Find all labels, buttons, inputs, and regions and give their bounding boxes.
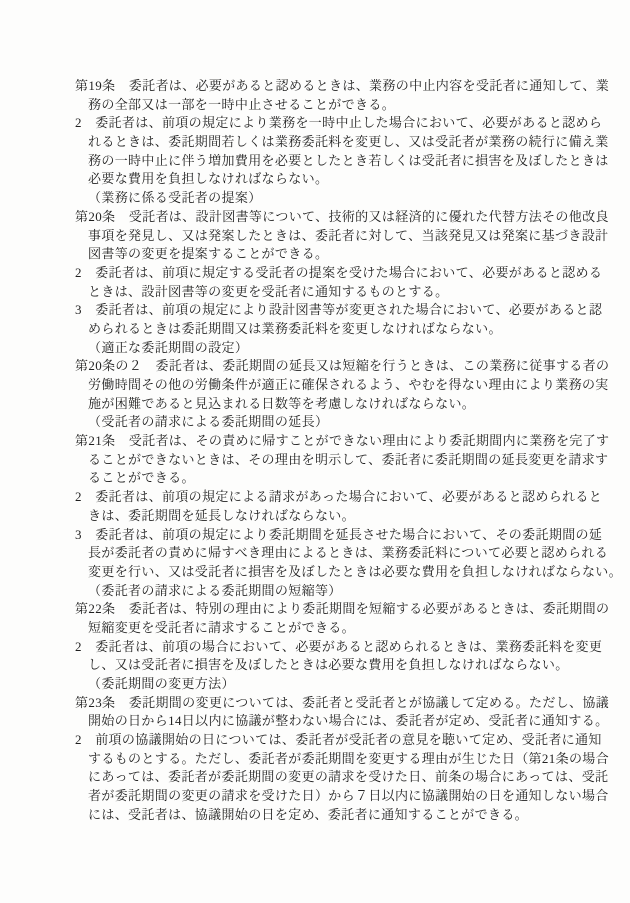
text-line: ることができる。 bbox=[75, 469, 573, 488]
text-line: 2 委託者は、前項に規定する受託者の提案を受けた場合において、必要があると認める bbox=[75, 264, 573, 283]
text-line: ることができないときは、その理由を明示して、委託者に委託期間の延長変更を請求す bbox=[75, 451, 573, 470]
text-line: 第21条 受託者は、その責めに帰すことができない理由により委託期間内に業務を完了… bbox=[75, 432, 573, 451]
text-line: 2 委託者は、前項の場合において、必要があると認められるときは、業務委託料を変更 bbox=[75, 638, 573, 657]
text-line: 第22条 委託者は、特別の理由により委託期間を短縮する必要があるときは、委託期間… bbox=[75, 600, 573, 619]
text-line: し、又は受託者に損害を及ぼしたときは必要な費用を負担しなければならない。 bbox=[75, 656, 573, 675]
text-line: （委託者の請求による委託期間の短縮等） bbox=[75, 582, 573, 601]
text-line: （適正な委託期間の設定） bbox=[75, 339, 573, 358]
text-line: 3 委託者は、前項の規定により委託期間を延長させた場合において、その委託期間の延 bbox=[75, 526, 573, 545]
text-line: 長が委託者の責めに帰すべき理由によるときは、業務委託料について必要と認められる bbox=[75, 544, 573, 563]
text-line: 第19条 委託者は、必要があると認めるときは、業務の中止内容を受託者に通知して、… bbox=[75, 77, 573, 96]
text-line: 施が困難であると見込まれる日数等を考慮しなければならない。 bbox=[75, 395, 573, 414]
text-line: ときは、設計図書等の変更を受託者に通知するものとする。 bbox=[75, 283, 573, 302]
document-page: 第19条 委託者は、必要があると認めるときは、業務の中止内容を受託者に通知して、… bbox=[0, 0, 630, 903]
text-line: 必要な費用を負担しなければならない。 bbox=[75, 170, 573, 189]
text-line: 図書等の変更を提案することができる。 bbox=[75, 245, 573, 264]
document-lines: 第19条 委託者は、必要があると認めるときは、業務の中止内容を受託者に通知して、… bbox=[75, 77, 573, 825]
text-line: 2 委託者は、前項の規定により業務を一時中止した場合において、必要があると認めら bbox=[75, 114, 573, 133]
text-line: には、受託者は、協議開始の日を定め、委託者に通知することができる。 bbox=[75, 806, 573, 825]
text-line: 務の一時中止に伴う増加費用を必要としたとき若しくは受託者に損害を及ぼしたときは bbox=[75, 152, 573, 171]
text-line: れるときは、委託期間若しくは業務委託料を変更し、又は受託者が業務の続行に備え業 bbox=[75, 133, 573, 152]
text-line: 第20条の２ 委託者は、委託期間の延長又は短縮を行うときは、この業務に従事する者… bbox=[75, 357, 573, 376]
text-line: 開始の日から14日以内に協議が整わない場合には、委託者が定め、受託者に通知する。 bbox=[75, 712, 573, 731]
text-line: 短縮変更を受託者に請求することができる。 bbox=[75, 619, 573, 638]
text-line: 第23条 委託期間の変更については、委託者と受託者とが協議して定める。ただし、協… bbox=[75, 694, 573, 713]
text-line: 変更を行い、又は受託者に損害を及ぼしたときは必要な費用を負担しなければならない。 bbox=[75, 563, 573, 582]
text-line: 3 委託者は、前項の規定により設計図書等が変更された場合において、必要があると認 bbox=[75, 301, 573, 320]
text-line: にあっては、委託者が委託期間の変更の請求を受けた日、前条の場合にあっては、受託 bbox=[75, 768, 573, 787]
text-line: （業務に係る受託者の提案） bbox=[75, 189, 573, 208]
text-line: 第20条 受託者は、設計図書等について、技術的又は経済的に優れた代替方法その他改… bbox=[75, 208, 573, 227]
text-line: 2 前項の協議開始の日については、委託者が受託者の意見を聴いて定め、受託者に通知 bbox=[75, 731, 573, 750]
text-line: 事項を発見し、又は発案したときは、委託者に対して、当該発見又は発案に基づき設計 bbox=[75, 227, 573, 246]
text-line: められるときは委託期間又は業務委託料を変更しなければならない。 bbox=[75, 320, 573, 339]
text-line: （受託者の請求による委託期間の延長） bbox=[75, 413, 573, 432]
text-line: （委託期間の変更方法） bbox=[75, 675, 573, 694]
text-line: 務の全部又は一部を一時中止させることができる。 bbox=[75, 96, 573, 115]
text-line: するものとする。ただし、委託者が委託期間を変更する理由が生じた日（第21条の場合 bbox=[75, 750, 573, 769]
text-line: きは、委託期間を延長しなければならない。 bbox=[75, 507, 573, 526]
text-line: 2 委託者は、前項の規定による請求があった場合において、必要があると認められると bbox=[75, 488, 573, 507]
text-line: 労働時間その他の労働条件が適正に確保されるよう、やむを得ない理由により業務の実 bbox=[75, 376, 573, 395]
text-line: 者が委託期間の変更の請求を受けた日）から７日以内に協議開始の日を通知しない場合 bbox=[75, 787, 573, 806]
